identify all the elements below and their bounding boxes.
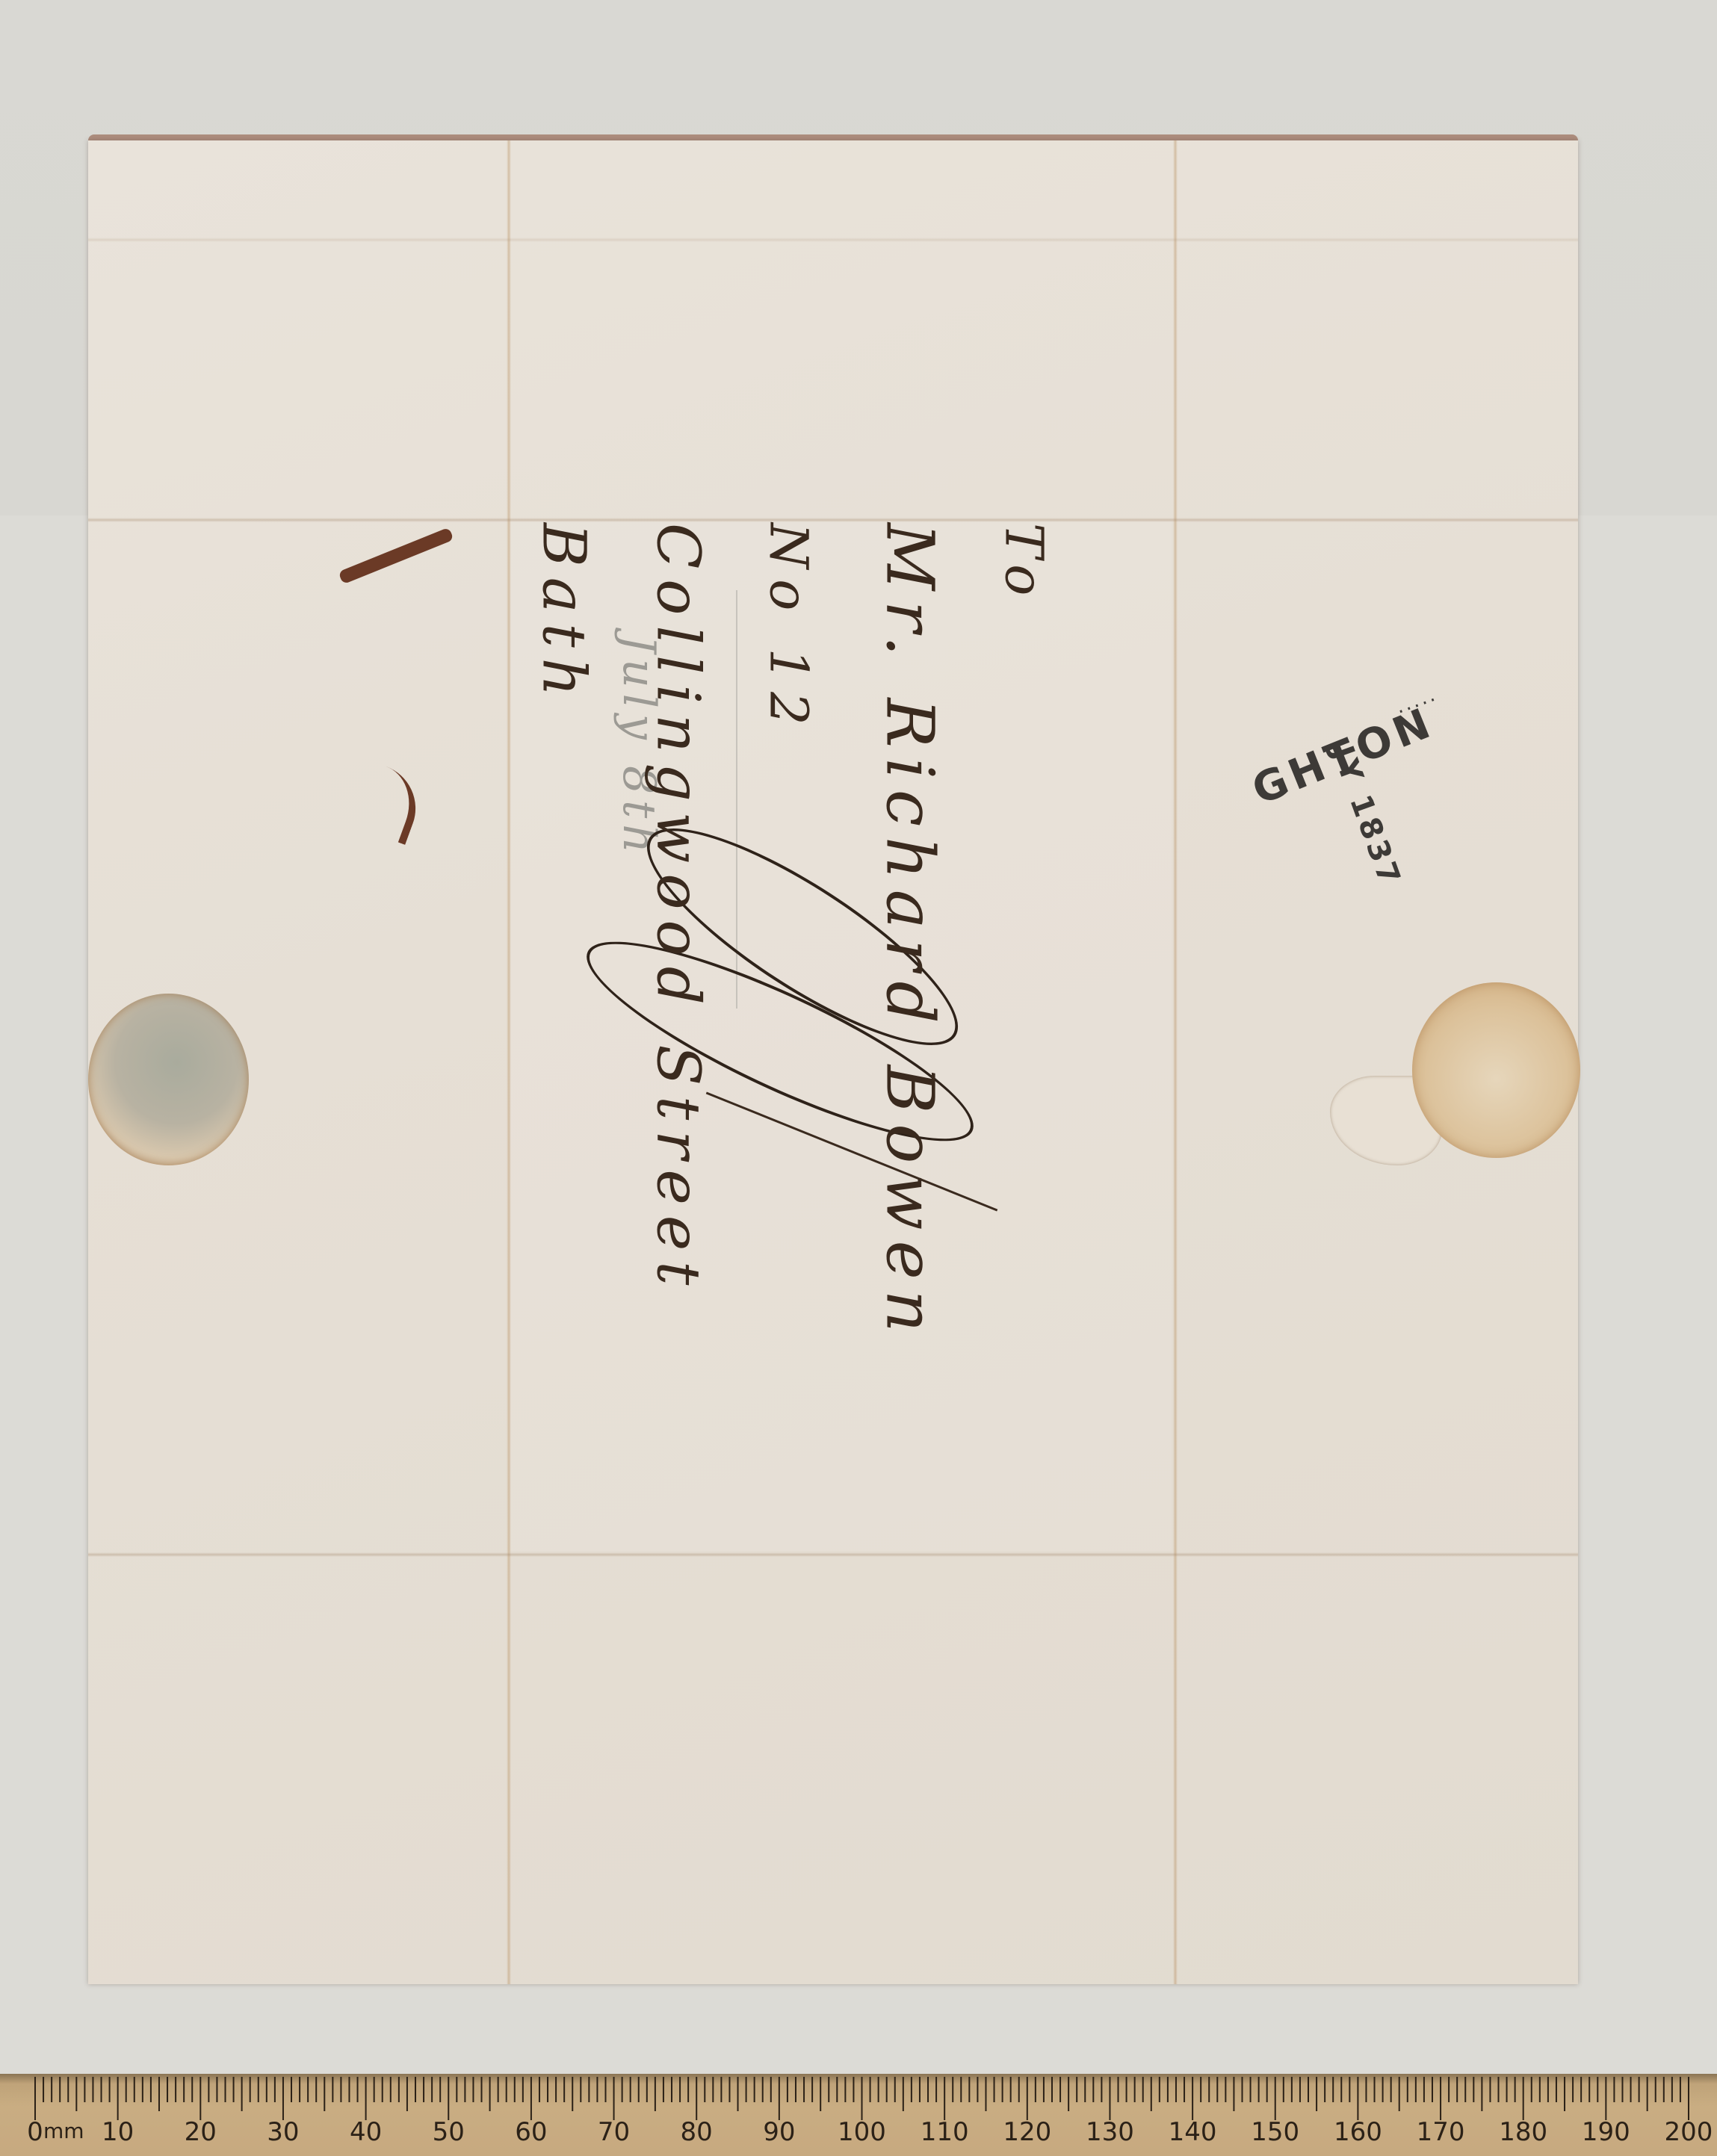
ruler-tick-label: 130 — [1086, 2117, 1134, 2147]
ruler-unit-label: mm — [43, 2119, 84, 2143]
ruler-tick-label: 80 — [681, 2117, 713, 2147]
handwritten-address: To Mr. Richard Bowen No 12 Collingwood S… — [530, 523, 1055, 1419]
postmark-stamp: GHTON JY 1837 ····· — [1248, 687, 1517, 896]
address-line: Mr. Richard Bowen — [872, 523, 949, 1419]
ruler-tick-label: 110 — [921, 2117, 969, 2147]
ruler-tick-label: 180 — [1499, 2117, 1547, 2147]
address-line: Bath — [530, 523, 599, 1419]
ruler-tick-label: 190 — [1582, 2117, 1630, 2147]
ruler-tick-label: 50 — [433, 2117, 465, 2147]
fold-line-vertical — [1173, 140, 1178, 1984]
ruler-tick-label: 40 — [350, 2117, 382, 2147]
ruler-tick-label: 170 — [1417, 2117, 1465, 2147]
ruler-tick-label: 90 — [763, 2117, 795, 2147]
ruler-tick-label: 70 — [598, 2117, 630, 2147]
crease-line — [88, 238, 1578, 242]
ruler-tick-label: 120 — [1003, 2117, 1051, 2147]
ruler-tick-label: 60 — [515, 2117, 547, 2147]
measuring-ruler: mm 0102030405060708090100110120130140150… — [0, 2074, 1717, 2156]
fold-line-horizontal — [88, 1552, 1578, 1557]
ruler-tick-label: 20 — [185, 2117, 217, 2147]
ruler-tick-label: 100 — [838, 2117, 886, 2147]
address-line: Collingwood Street — [644, 523, 714, 1419]
right-seal-remnant — [1412, 982, 1580, 1158]
ruler-tick-label: 0 — [27, 2117, 43, 2147]
ruler-tick-label: 150 — [1251, 2117, 1299, 2147]
ruler-tick-label: 140 — [1169, 2117, 1217, 2147]
address-line: No 12 — [758, 523, 820, 1419]
address-line: To — [994, 523, 1055, 1419]
ruler-tick-label: 160 — [1334, 2117, 1382, 2147]
ruler-tick-label: 200 — [1665, 2117, 1713, 2147]
left-seal-remnant — [88, 994, 249, 1165]
ruler-tick-label: 10 — [102, 2117, 134, 2147]
ruler-tick-label: 30 — [267, 2117, 299, 2147]
